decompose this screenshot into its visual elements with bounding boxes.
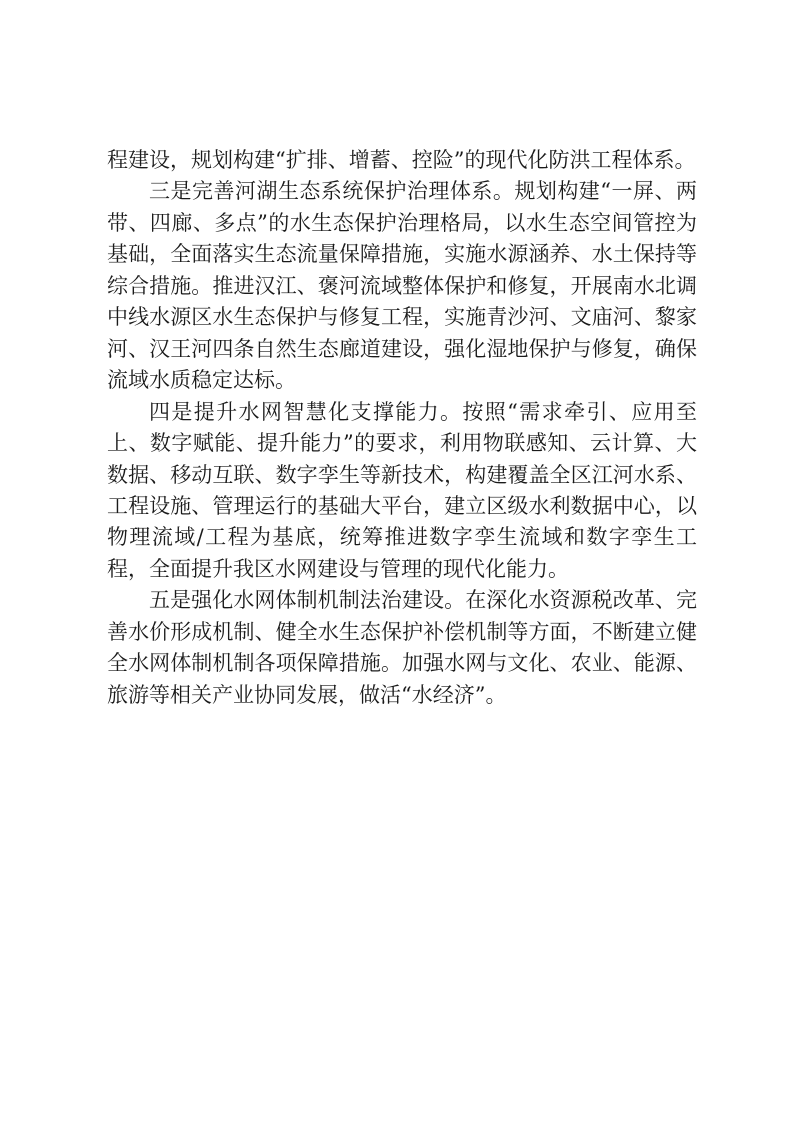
document-page: 程建设，规划构建“扩排、增蓄、控险”的现代化防洪工程体系。 三是完善河湖生态系统… xyxy=(107,145,697,711)
paragraph-point-five-institution: 五是强化水网体制机制法治建设。在深化水资源税改革、完善水价形成机制、健全水生态保… xyxy=(107,585,697,711)
paragraph-point-four-smart: 四是提升水网智慧化支撑能力。按照“需求牵引、应用至上、数字赋能、提升能力”的要求… xyxy=(107,397,697,586)
paragraph-flood-control: 程建设，规划构建“扩排、增蓄、控险”的现代化防洪工程体系。 xyxy=(107,145,697,176)
paragraph-point-three-ecology: 三是完善河湖生态系统保护治理体系。规划构建“一屏、两带、四廊、多点”的水生态保护… xyxy=(107,176,697,396)
